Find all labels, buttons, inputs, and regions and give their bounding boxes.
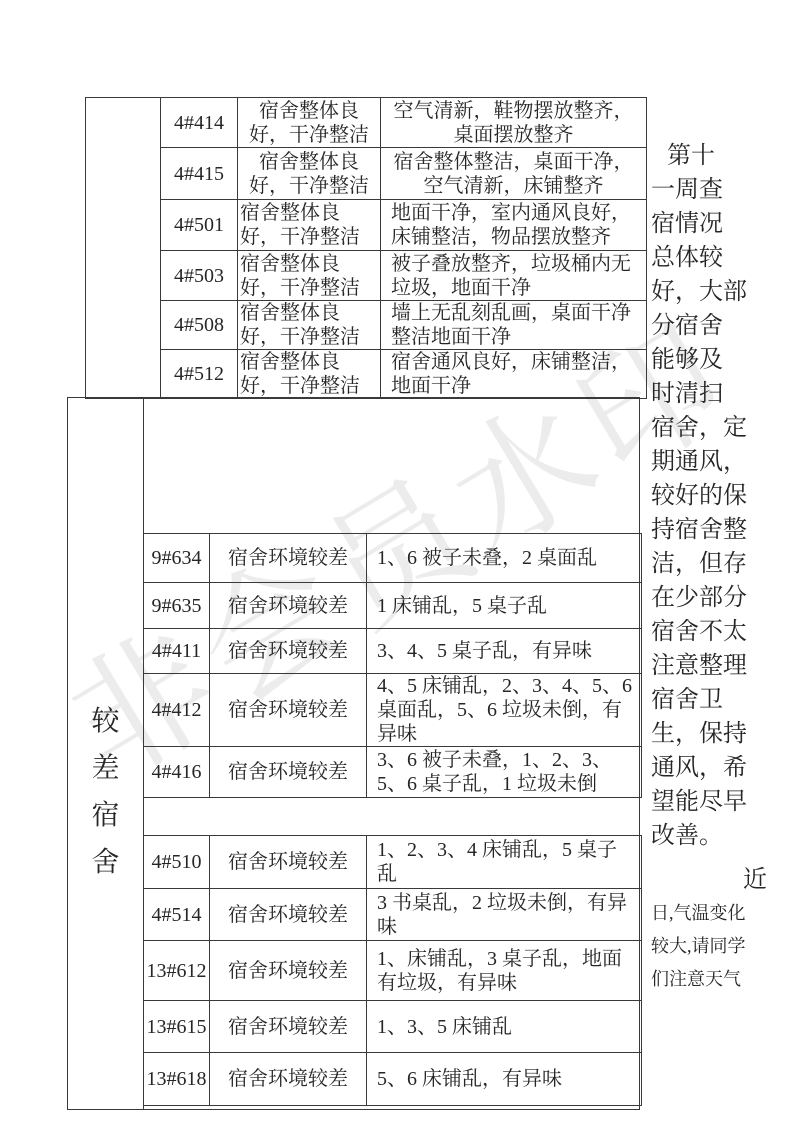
note-line: 好，大部 [651,275,791,309]
poor-dorm-table-b: 4#510 宿舍环境较差 1、2、3、4 床铺乱，5 桌子乱 4#514 宿舍环… [143,835,642,1106]
detail-cell: 1、床铺乱，3 桌子乱，地面有垃圾，有异味 [367,941,642,1001]
table-row: 13#612 宿舍环境较差 1、床铺乱，3 桌子乱，地面有垃圾，有异味 [144,941,642,1001]
note-line: 们注意天气 [651,963,791,996]
detail-cell: 地面干净，室内通风良好，床铺整洁，物品摆放整齐 [381,200,647,251]
table-row: 4#510 宿舍环境较差 1、2、3、4 床铺乱，5 桌子乱 [144,836,642,889]
room-cell: 9#635 [144,583,210,629]
note-line: 改善。 [651,819,791,853]
section-label-text: 较差宿舍 [91,698,121,886]
note-line: 持宿舍整 [651,513,791,547]
status-cell: 宿舍环境较差 [210,534,367,583]
table-row: 4#412 宿舍环境较差 4、5 床铺乱，2、3、4、5、6 桌面乱，5、6 垃… [144,674,642,747]
note-line: 注意整理 [651,649,791,683]
status-cell: 宿舍环境较差 [210,583,367,629]
note-line: 洁，但存 [651,547,791,581]
note-line: 能够及 [651,343,791,377]
detail-cell: 被子叠放整齐，垃圾桶内无垃圾，地面干净 [381,251,647,301]
poor-dorm-section: 较差宿舍 9#634 宿舍环境较差 1、6 被子未叠，2 桌面乱 9#635 宿… [67,397,640,1110]
note-line: 较大,请同学 [651,930,791,963]
table-row: 4#508 宿舍整体良好，干净整洁 墙上无乱刻乱画，桌面干净整洁地面干净 [86,301,647,350]
detail-cell: 1、6 被子未叠，2 桌面乱 [367,534,642,583]
section-label-column: 较差宿舍 [68,398,144,1109]
status-cell: 宿舍环境较差 [210,836,367,889]
detail-cell: 宿舍通风良好，床铺整洁，地面干净 [381,350,647,399]
table-row: 9#635 宿舍环境较差 1 床铺乱，5 桌子乱 [144,583,642,629]
note-line: 宿舍卫 [651,683,791,717]
status-cell: 宿舍环境较差 [210,674,367,747]
note-line: 生，保持 [651,717,791,751]
status-cell: 宿舍整体良好，干净整洁 [238,98,381,148]
note-line: 一周查 [651,173,791,207]
status-cell: 宿舍整体良好，干净整洁 [238,200,381,251]
room-cell: 4#503 [161,251,238,301]
note-line: 近 [651,863,791,897]
table-row: 4#501 宿舍整体良好，干净整洁 地面干净，室内通风良好，床铺整洁，物品摆放整… [86,200,647,251]
poor-dorm-table-a: 9#634 宿舍环境较差 1、6 被子未叠，2 桌面乱 9#635 宿舍环境较差… [143,533,642,798]
note-line: 通风，希 [651,751,791,785]
detail-cell: 3、6 被子未叠，1、2、3、5、6 桌子乱，1 垃圾未倒 [367,747,642,798]
table-row: 4#503 宿舍整体良好，干净整洁 被子叠放整齐，垃圾桶内无垃圾，地面干净 [86,251,647,301]
room-cell: 13#612 [144,941,210,1001]
status-cell: 宿舍环境较差 [210,941,367,1001]
note-line: 宿舍，定 [651,411,791,445]
status-cell: 宿舍环境较差 [210,889,367,941]
room-cell: 4#510 [144,836,210,889]
detail-cell: 1 床铺乱，5 桌子乱 [367,583,642,629]
room-cell: 4#411 [144,629,210,674]
room-cell: 13#618 [144,1053,210,1106]
table-row: 4#514 宿舍环境较差 3 书桌乱，2 垃圾未倒，有异味 [144,889,642,941]
room-cell: 4#415 [161,148,238,200]
status-cell: 宿舍环境较差 [210,1053,367,1106]
note-line: 分宿舍 [651,309,791,343]
table-row: 4#512 宿舍整体良好，干净整洁 宿舍通风良好，床铺整洁，地面干净 [86,350,647,399]
status-cell: 宿舍环境较差 [210,1001,367,1053]
detail-cell: 1、3、5 床铺乱 [367,1001,642,1053]
detail-cell: 4、5 床铺乱，2、3、4、5、6 桌面乱，5、6 垃圾未倒，有异味 [367,674,642,747]
room-cell: 4#412 [144,674,210,747]
status-cell: 宿舍整体良好，干净整洁 [238,301,381,350]
room-cell: 13#615 [144,1001,210,1053]
table-row: 4#415 宿舍整体良好，干净整洁 宿舍整体整洁，桌面干净，空气清新，床铺整齐 [86,148,647,200]
room-cell: 4#416 [144,747,210,798]
side-note-column: 第十 一周查 宿情况 总体较 好，大部 分宿舍 能够及 时清扫 宿舍，定 期通风… [651,139,791,996]
table-row: 13#618 宿舍环境较差 5、6 床铺乱，有异味 [144,1053,642,1106]
detail-cell: 宿舍整体整洁，桌面干净，空气清新，床铺整齐 [381,148,647,200]
detail-cell: 3 书桌乱，2 垃圾未倒，有异味 [367,889,642,941]
note-line: 期通风， [651,445,791,479]
detail-cell: 1、2、3、4 床铺乱，5 桌子乱 [367,836,642,889]
room-cell: 4#512 [161,350,238,399]
section-label: 较差宿舍 [68,698,143,886]
detail-cell: 墙上无乱刻乱画，桌面干净整洁地面干净 [381,301,647,350]
detail-cell: 5、6 床铺乱，有异味 [367,1053,642,1106]
note-line: 望能尽早 [651,785,791,819]
detail-cell: 空气清新，鞋物摆放整齐，桌面摆放整齐 [381,98,647,148]
note-line: 宿舍不太 [651,615,791,649]
status-cell: 宿舍环境较差 [210,629,367,674]
room-cell: 4#508 [161,301,238,350]
status-cell: 宿舍环境较差 [210,747,367,798]
status-cell: 宿舍整体良好，干净整洁 [238,148,381,200]
status-cell: 宿舍整体良好，干净整洁 [238,350,381,399]
room-cell: 9#634 [144,534,210,583]
note-line: 日,气温变化 [651,897,791,930]
room-cell: 4#514 [144,889,210,941]
table-row: 9#634 宿舍环境较差 1、6 被子未叠，2 桌面乱 [144,534,642,583]
note-line: 总体较 [651,241,791,275]
room-cell: 4#414 [161,98,238,148]
status-cell: 宿舍整体良好，干净整洁 [238,251,381,301]
room-cell: 4#501 [161,200,238,251]
detail-cell: 3、4、5 桌子乱，有异味 [367,629,642,674]
note-line: 宿情况 [651,207,791,241]
note-line: 较好的保 [651,479,791,513]
note-line: 第十 [651,139,791,173]
table-row: 4#414 宿舍整体良好，干净整洁 空气清新，鞋物摆放整齐，桌面摆放整齐 [86,98,647,148]
document-page: 非会员水印 4#414 宿舍整体良好，干净整洁 空气清新，鞋物摆放整齐，桌面摆放… [0,0,793,1122]
good-dorm-table: 4#414 宿舍整体良好，干净整洁 空气清新，鞋物摆放整齐，桌面摆放整齐 4#4… [85,97,647,399]
table-row: 4#411 宿舍环境较差 3、4、5 桌子乱，有异味 [144,629,642,674]
note-line: 时清扫 [651,377,791,411]
note-line: 在少部分 [651,581,791,615]
table-row: 13#615 宿舍环境较差 1、3、5 床铺乱 [144,1001,642,1053]
merged-empty-cell [86,98,161,399]
table-row: 4#416 宿舍环境较差 3、6 被子未叠，1、2、3、5、6 桌子乱，1 垃圾… [144,747,642,798]
